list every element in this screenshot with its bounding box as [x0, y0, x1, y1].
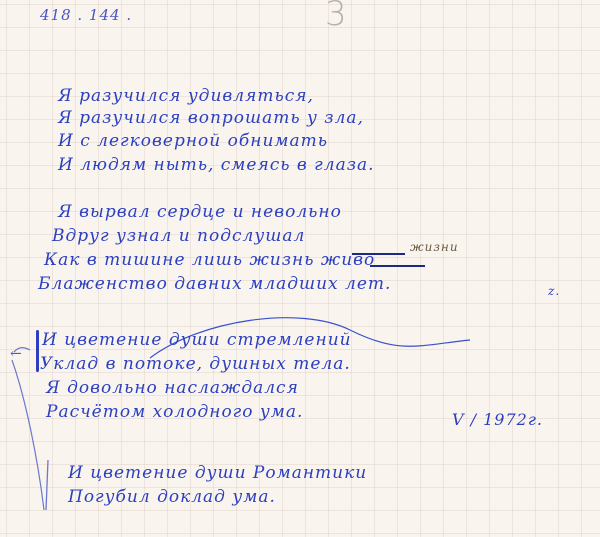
stanza3-line2: Уклад в потоке, душных тела. — [40, 354, 351, 374]
stanza1-line1: Я разучился удивляться, — [58, 86, 314, 106]
stanza1-line4: И людям ныть, смеясь в глаза. — [58, 155, 375, 175]
stanza2-line4: Блаженство давних младших лет. — [38, 274, 391, 294]
pencil-page-mark: 3 — [325, 0, 347, 34]
header-number: 418 . 144 . — [40, 6, 132, 24]
stanza3-line4: Расчётом холодного ума. — [46, 402, 303, 422]
stanza4-line1: И цветение души Романтики — [68, 463, 367, 483]
stanza3-line1: И цветение души стремлений — [42, 330, 352, 350]
stanza3-line3: Я довольно наслаждался — [46, 378, 299, 398]
margin-arrow-icon: ← — [10, 346, 22, 362]
stanza2-line2: Вдруг узнал и подслушал — [52, 226, 305, 246]
stanza3-bracket — [36, 330, 39, 372]
stanza1-line3: И с легковерной обнимать — [58, 131, 328, 151]
stanza2-end-mark: z. — [548, 284, 560, 298]
correction-insert: жизни — [410, 240, 459, 254]
stanza2-line1: Я вырвал сердце и невольно — [58, 202, 342, 222]
stanza2-line3: Как в тишине лишь жизнь живо — [44, 250, 375, 270]
stanza1-line2: Я разучился вопрошать у зла, — [58, 108, 364, 128]
stanza4-line2: Погубил доклад ума. — [68, 487, 276, 507]
manuscript-date: V / 1972г. — [452, 410, 543, 429]
